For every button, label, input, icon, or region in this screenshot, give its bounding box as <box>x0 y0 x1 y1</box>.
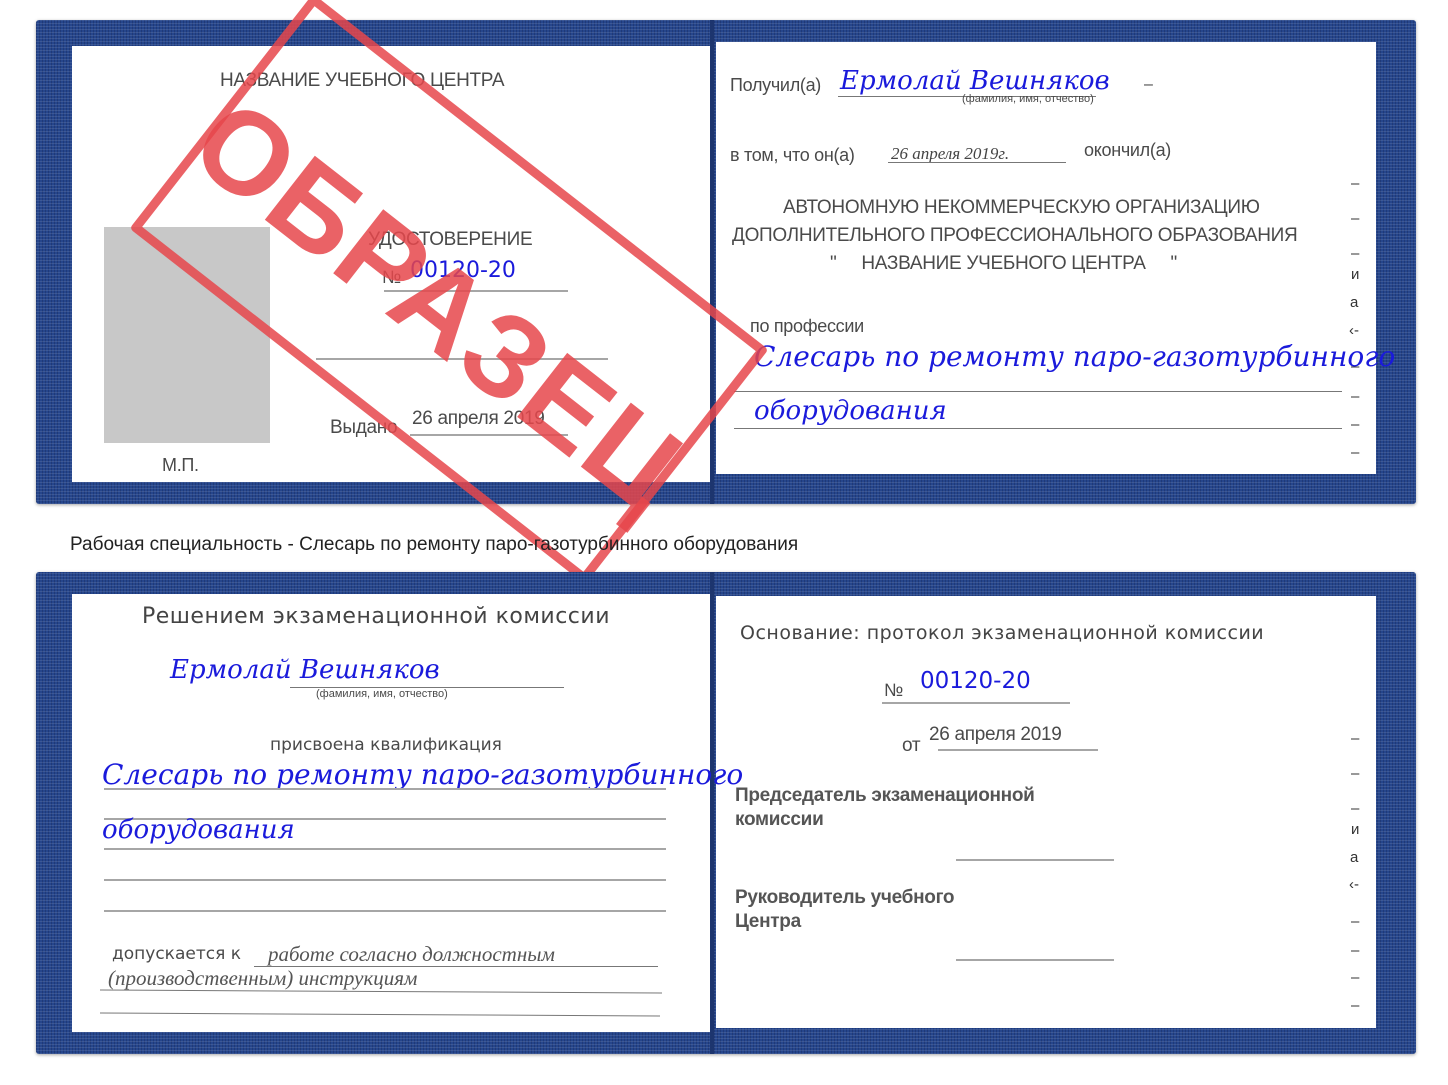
blank-underline <box>316 358 608 360</box>
protocol-number-label: № <box>884 680 903 701</box>
org-line-2: ДОПОЛНИТЕЛЬНОГО ПРОФЕССИОНАЛЬНОГО ОБРАЗО… <box>732 225 1297 247</box>
received-name-hint: (фамилия, имя, отчество) <box>962 93 1094 105</box>
person-name: Ермолай Вешняков <box>170 655 440 685</box>
issued-date: 26 апреля 2019 <box>412 408 545 430</box>
received-name: Ермолай Вешняков <box>840 66 1110 96</box>
admitted-line-2: (производственным) инструкциям <box>108 966 417 991</box>
org-line-3: " НАЗВАНИЕ УЧЕБНОГО ЦЕНТРА " <box>830 253 1177 275</box>
qualification-underline-1 <box>104 788 666 790</box>
from-date: 26 апреля 2019 <box>929 724 1062 746</box>
decision-title: Решением экзаменационной комиссии <box>142 604 610 629</box>
protocol-number-underline <box>882 702 1070 704</box>
person-name-hint: (фамилия, имя, отчество) <box>316 688 448 700</box>
issued-underline <box>410 434 568 436</box>
certificate-number: 00120-20 <box>410 258 516 283</box>
profession-underline-1 <box>734 391 1342 392</box>
qualification-line-2: оборудования <box>102 815 295 845</box>
head-label-2: Центра <box>735 911 801 933</box>
basis-title: Основание: протокол экзаменационной коми… <box>740 622 1264 644</box>
number-underline <box>384 290 568 292</box>
profession-line-1: Слесарь по ремонту паро-газотурбинного <box>754 340 1395 373</box>
received-label: Получил(а) <box>730 75 821 96</box>
doc-title: УДОСТОВЕРЕНИЕ <box>368 229 532 251</box>
photo-placeholder <box>104 227 270 443</box>
admitted-line-1: работе согласно должностным <box>268 942 555 967</box>
bottom-spine <box>710 572 714 1054</box>
chair-label-2: комиссии <box>735 809 823 831</box>
qualification-label: присвоена квалификация <box>270 735 502 755</box>
qualification-underline-5 <box>104 910 666 912</box>
that-label: в том, что он(а) <box>730 145 855 166</box>
qualification-underline-4 <box>104 879 666 881</box>
protocol-number: 00120-20 <box>920 668 1031 694</box>
head-label-1: Руководитель учебного <box>735 887 954 909</box>
profession-label: по профессии <box>750 316 864 337</box>
top-spine <box>710 20 714 504</box>
issued-label: Выдано <box>330 417 397 439</box>
from-date-underline <box>938 749 1098 751</box>
center-name: НАЗВАНИЕ УЧЕБНОГО ЦЕНТРА <box>220 70 504 92</box>
chair-signature-line <box>956 859 1114 861</box>
that-date: 26 апреля 2019г. <box>891 144 1009 164</box>
seal-label: М.П. <box>162 455 199 476</box>
chair-label-1: Председатель экзаменационной <box>735 785 1035 807</box>
finished-label: окончил(а) <box>1084 140 1171 161</box>
profession-line-2: оборудования <box>754 396 947 426</box>
qualification-line-1: Слесарь по ремонту паро-газотурбинного <box>102 758 743 791</box>
profession-underline-2 <box>734 428 1342 429</box>
head-signature-line <box>956 959 1114 961</box>
admitted-label: допускается к <box>112 944 241 964</box>
caption: Рабочая специальность - Слесарь по ремон… <box>70 534 798 556</box>
that-date-underline <box>888 162 1066 163</box>
number-label: № <box>382 267 401 288</box>
org-line-1: АВТОНОМНУЮ НЕКОММЕРЧЕСКУЮ ОРГАНИЗАЦИЮ <box>783 197 1260 219</box>
qualification-underline-3 <box>104 848 666 850</box>
from-label: от <box>902 735 920 757</box>
received-dash: – <box>1144 76 1153 94</box>
